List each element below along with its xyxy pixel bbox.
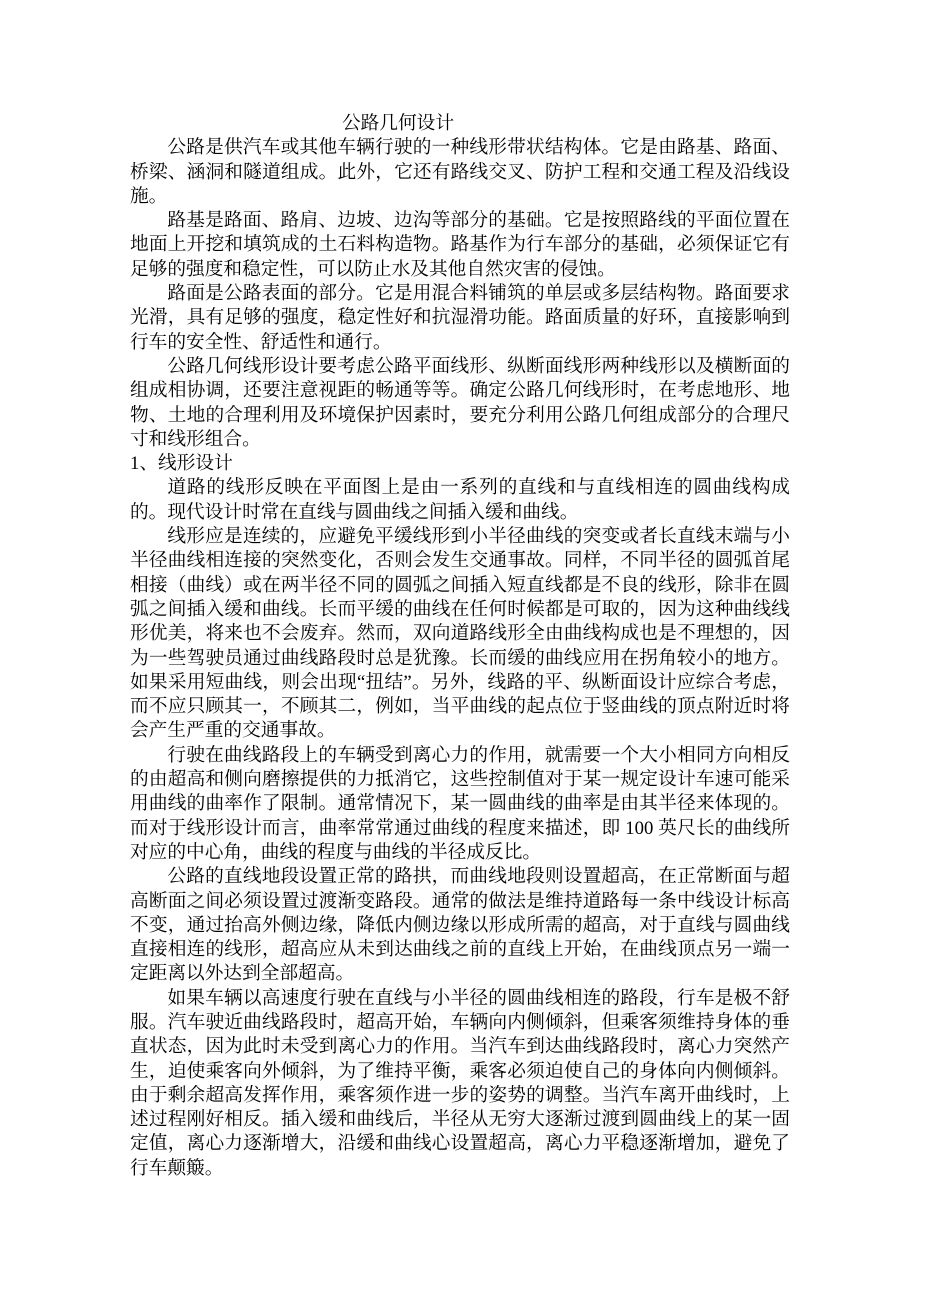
paragraph: 公路几何线形设计要考虑公路平面线形、纵断面线形两种线形以及横断面的组成相协调，还… [130,355,790,452]
paragraph: 公路的直线地段设置正常的路拱，而曲线地段则设置超高，在正常断面与超高断面之间必须… [130,865,790,986]
paragraph: 道路的线形反映在平面图上是由一系列的直线和与直线相连的圆曲线构成的。现代设计时常… [130,476,790,525]
document-title: 公路几何设计 [68,112,728,136]
paragraph: 如果车辆以高速度行驶在直线与小半径的圆曲线相连的路段，行车是极不舒服。汽车驶近曲… [130,987,790,1181]
paragraph: 线形应是连续的，应避免平缓线形到小半径曲线的突变或者长直线末端与小半径曲线相连接… [130,525,790,744]
document-body: 公路是供汽车或其他车辆行驶的一种线形带状结构体。它是由路基、路面、桥梁、涵洞和隧… [130,136,790,1181]
section-heading: 1、线形设计 [130,452,790,476]
paragraph: 公路是供汽车或其他车辆行驶的一种线形带状结构体。它是由路基、路面、桥梁、涵洞和隧… [130,136,790,209]
document-page: 公路几何设计 公路是供汽车或其他车辆行驶的一种线形带状结构体。它是由路基、路面、… [0,0,926,1309]
paragraph: 路面是公路表面的部分。它是用混合料铺筑的单层或多层结构物。路面要求光滑，具有足够… [130,282,790,355]
paragraph: 路基是路面、路肩、边坡、边沟等部分的基础。它是按照路线的平面位置在地面上开挖和填… [130,209,790,282]
paragraph: 行驶在曲线路段上的车辆受到离心力的作用，就需要一个大小相同方向相反的由超高和侧向… [130,744,790,865]
